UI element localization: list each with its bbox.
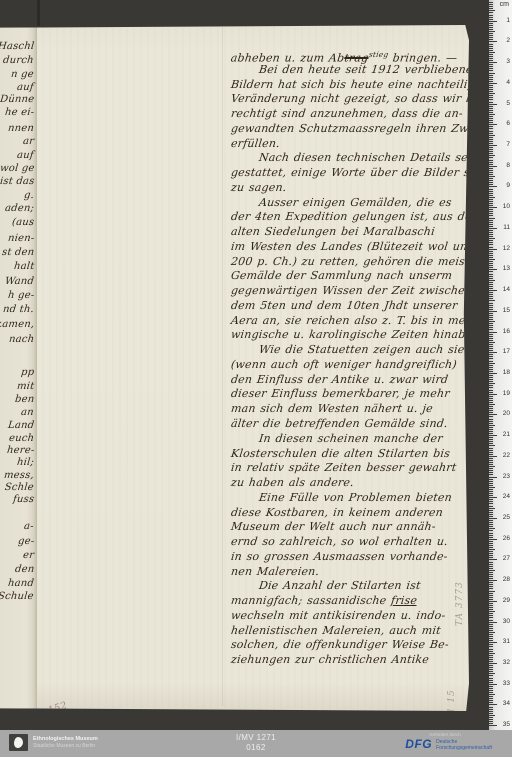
ruler-number: 28 xyxy=(503,576,510,584)
ruler-tick xyxy=(489,170,493,171)
ruler-tick xyxy=(489,66,493,67)
ruler-tick xyxy=(489,162,493,163)
ruler-tick xyxy=(489,143,493,144)
ruler-tick xyxy=(489,599,493,600)
fragment-line: ge- xyxy=(17,536,34,547)
ruler-tick xyxy=(489,361,493,362)
fragment-line: nnen xyxy=(7,123,34,134)
ruler-tick xyxy=(489,346,493,347)
ruler-tick xyxy=(489,141,493,142)
ruler-tick xyxy=(489,356,493,357)
ruler-tick xyxy=(489,176,495,177)
ruler-tick xyxy=(489,58,493,59)
ruler-tick xyxy=(489,251,493,252)
ruler-tick xyxy=(489,437,493,438)
manuscript-line: alten Siedelungen bei Maralbaschi xyxy=(230,225,435,238)
ruler-tick xyxy=(489,402,493,403)
ruler-tick xyxy=(489,603,493,604)
ruler-tick xyxy=(489,234,493,235)
ruler-tick xyxy=(489,147,493,148)
ruler-tick xyxy=(489,460,493,461)
fragment-line: hil; xyxy=(16,457,34,468)
ruler-tick xyxy=(489,160,493,161)
ruler-tick xyxy=(489,33,493,34)
ruler-tick xyxy=(489,601,497,602)
ruler-tick xyxy=(489,133,493,134)
manuscript-line: Bildern hat sich bis heute eine nachteil… xyxy=(230,78,482,91)
ruler-tick xyxy=(489,667,493,668)
ruler-tick xyxy=(489,454,493,455)
manuscript-line: der 4ten Expedition gelungen ist, aus de… xyxy=(230,210,479,223)
ruler-tick xyxy=(489,309,493,310)
ruler-tick xyxy=(489,286,493,287)
ruler-tick xyxy=(489,344,493,345)
ruler-tick xyxy=(489,157,493,158)
ruler-tick xyxy=(489,464,493,465)
ruler-tick xyxy=(489,325,493,326)
ruler-tick xyxy=(489,319,493,320)
ruler-tick xyxy=(489,106,493,107)
fragment-line: n ge xyxy=(11,69,35,80)
manuscript-line: Gemälde der Sammlung nach unserm xyxy=(230,269,453,282)
ruler-tick xyxy=(489,518,497,519)
ruler-tick xyxy=(489,280,495,281)
ruler-tick xyxy=(489,44,493,45)
pencil-mark-right-upper: TA 3773 xyxy=(455,534,465,626)
ruler-tick xyxy=(489,493,493,494)
manuscript-line: gewandten Schutzmaassregeln ihren Zweck xyxy=(230,122,489,135)
ruler-tick xyxy=(489,533,493,534)
ruler-tick xyxy=(489,390,493,391)
ruler-tick xyxy=(489,75,493,76)
manuscript-line: Bei den heute seit 1912 verbliebenen xyxy=(258,63,481,76)
fragment-line: st den xyxy=(1,247,34,258)
ruler-tick xyxy=(489,419,493,420)
ruler-tick xyxy=(489,572,493,573)
ruler-tick xyxy=(489,644,493,645)
ruler-tick xyxy=(489,232,493,233)
ruler-tick xyxy=(489,238,495,239)
manuscript-line: Veränderung nicht gezeigt, so dass wir b… xyxy=(230,92,485,105)
ruler-tick xyxy=(489,435,497,436)
fragment-line: Haschl xyxy=(0,41,35,52)
ruler-tick xyxy=(489,172,493,173)
fragment-line: Schule xyxy=(0,591,35,602)
ruler-tick xyxy=(489,723,493,724)
ruler-tick xyxy=(489,375,493,376)
ruler-tick xyxy=(489,373,497,374)
ruler-tick xyxy=(489,151,493,152)
ruler-tick xyxy=(489,174,493,175)
ruler-tick xyxy=(489,363,495,364)
ruler-tick xyxy=(489,559,497,560)
ruler-tick xyxy=(489,472,493,473)
ruler-tick xyxy=(489,439,493,440)
ruler-tick xyxy=(489,207,497,208)
ruler-tick xyxy=(489,485,493,486)
fragment-line: hand xyxy=(7,578,34,589)
ruler-tick xyxy=(489,265,493,266)
ruler-tick xyxy=(489,611,495,612)
ruler-tick xyxy=(489,39,493,40)
ruler-tick xyxy=(489,553,493,554)
ruler-tick xyxy=(489,452,493,453)
ruler-tick xyxy=(489,688,493,689)
ruler-tick xyxy=(489,284,493,285)
ruler-tick xyxy=(489,425,495,426)
ruler-tick xyxy=(489,609,493,610)
ruler-number: 14 xyxy=(503,286,510,294)
ruler-number: 24 xyxy=(503,493,510,501)
ruler-tick xyxy=(489,64,493,65)
manuscript-page: Haschldurchn geaufDünnehe ei-nnenaraufwo… xyxy=(0,25,469,711)
manuscript-line: erfüllen. xyxy=(230,137,280,150)
ruler-number: 17 xyxy=(503,348,510,356)
ruler-tick xyxy=(489,124,497,125)
fragment-line: euch xyxy=(8,433,34,444)
ruler-tick xyxy=(489,329,493,330)
dfg-logo: DFG xyxy=(405,738,432,751)
manuscript-line: (wenn auch oft weniger handgreiflich) xyxy=(230,358,457,371)
ruler-tick xyxy=(489,545,493,546)
ruler-tick xyxy=(489,630,493,631)
ruler-tick xyxy=(489,491,493,492)
ruler-tick xyxy=(489,29,493,30)
ruler-tick xyxy=(489,462,493,463)
ruler-number: 19 xyxy=(503,390,510,398)
ruler-tick xyxy=(489,620,493,621)
ruler-tick xyxy=(489,4,493,5)
fragment-line: nd th. xyxy=(3,304,35,315)
manuscript-line: solchen, die offenkundiger Weise Be- xyxy=(230,638,449,651)
ruler-tick xyxy=(489,218,495,219)
fragment-line: den xyxy=(14,564,35,575)
ruler-tick xyxy=(489,19,493,20)
ruler-tick xyxy=(489,180,493,181)
fragment-line: ben xyxy=(14,394,35,405)
ruler-tick xyxy=(489,707,493,708)
ruler-tick xyxy=(489,73,495,74)
ruler-tick xyxy=(489,638,493,639)
ruler-tick xyxy=(489,586,493,587)
ruler-tick xyxy=(489,137,493,138)
ruler-tick xyxy=(489,655,493,656)
ruler-tick xyxy=(489,429,493,430)
ruler-tick xyxy=(489,126,493,127)
ruler-tick xyxy=(489,120,493,121)
fragment-line: durch xyxy=(3,55,35,66)
ruler-tick xyxy=(489,528,495,529)
ruler-tick xyxy=(489,209,493,210)
ruler-tick xyxy=(489,278,493,279)
ruler-tick xyxy=(489,371,493,372)
ruler-tick xyxy=(489,41,497,42)
manuscript-line: wingische u. karolingische Zeiten hinab. xyxy=(230,328,470,341)
fragment-line: Dünne xyxy=(0,94,35,105)
ruler-tick xyxy=(489,118,493,119)
manuscript-line: Klosterschulen die alten Stilarten bis xyxy=(230,447,451,460)
ruler-tick xyxy=(489,709,493,710)
ruler-tick xyxy=(489,671,493,672)
ruler-number: 20 xyxy=(503,410,510,418)
ruler-tick xyxy=(489,713,493,714)
manuscript-line: wechseln mit antikisirenden u. indo- xyxy=(230,609,446,622)
ruler-tick xyxy=(489,694,495,695)
ruler-tick xyxy=(489,624,493,625)
ruler-tick xyxy=(489,201,493,202)
ruler-tick xyxy=(489,539,497,540)
ruler-tick xyxy=(489,114,495,115)
fragment-line: auf xyxy=(17,150,35,161)
fragment-line: pp xyxy=(20,367,34,378)
ruler-tick xyxy=(489,562,493,563)
ruler-tick xyxy=(489,23,493,24)
ruler-tick xyxy=(489,483,493,484)
ruler-tick xyxy=(489,522,493,523)
ruler-tick xyxy=(489,383,495,384)
ruler-tick xyxy=(489,313,493,314)
ruler-tick xyxy=(489,220,493,221)
manuscript-line: 200 p. Ch.) zu retten, gehören die meist… xyxy=(230,255,484,268)
ruler-number: 3 xyxy=(506,58,510,66)
ruler-tick xyxy=(489,499,493,500)
ruler-tick xyxy=(489,197,495,198)
ruler-tick xyxy=(489,508,495,509)
manuscript-line: Aera an, sie reichen also z. T. bis in m… xyxy=(230,314,482,327)
ruler-tick xyxy=(489,292,493,293)
ruler-tick xyxy=(489,721,493,722)
ruler-tick xyxy=(489,564,493,565)
ruler-tick xyxy=(489,334,493,335)
ruler-tick xyxy=(489,477,497,478)
dfg-full-name: Deutsche Forschungsgemeinschaft xyxy=(436,739,492,751)
ruler-tick xyxy=(489,566,493,567)
fragment-line: nach xyxy=(8,334,34,345)
ruler-number: 18 xyxy=(503,369,510,377)
ruler-tick xyxy=(489,327,493,328)
ruler-number: 1 xyxy=(506,17,510,25)
ruler-tick xyxy=(489,184,493,185)
ruler-tick xyxy=(489,15,493,16)
fragment-line: gl. Schle xyxy=(0,482,35,493)
ruler-tick xyxy=(489,456,497,457)
ruler-tick xyxy=(489,659,493,660)
ruler-tick xyxy=(489,626,493,627)
ruler-tick xyxy=(489,155,495,156)
manuscript-text: abheben u. zum Abtragstieg bringen. —Bei… xyxy=(231,25,469,711)
ruler-tick xyxy=(489,653,495,654)
ruler-tick xyxy=(489,249,497,250)
fragment-line: er xyxy=(22,550,34,561)
ruler-tick xyxy=(489,81,493,82)
ruler-tick xyxy=(489,692,493,693)
ruler-tick xyxy=(489,547,493,548)
ruler-number: 31 xyxy=(503,638,510,646)
ruler-number: 10 xyxy=(503,203,510,211)
ruler-tick xyxy=(489,669,493,670)
ruler-tick xyxy=(489,10,495,11)
ruler-tick xyxy=(489,704,497,705)
ruler-number: 11 xyxy=(503,224,510,232)
fragment-line: mess, xyxy=(4,470,35,481)
ruler-tick xyxy=(489,441,493,442)
ruler-tick xyxy=(489,381,493,382)
ruler-tick xyxy=(489,46,493,47)
ruler-tick xyxy=(489,50,493,51)
fragment-line: (aus xyxy=(11,217,34,228)
ruler-tick xyxy=(489,394,497,395)
ruler-number: 29 xyxy=(503,597,510,605)
left-page-fragments: Haschldurchn geaufDünnehe ei-nnenaraufwo… xyxy=(0,25,37,711)
ruler-tick xyxy=(489,358,493,359)
ruler-tick xyxy=(489,145,497,146)
ruler-tick xyxy=(489,91,493,92)
ruler-tick xyxy=(489,70,493,71)
ruler-number: 8 xyxy=(506,162,510,170)
ruler-tick xyxy=(489,95,493,96)
ruler-tick xyxy=(489,6,493,7)
manuscript-line: Nach diesen technischen Details sei es xyxy=(258,151,490,164)
ruler-tick xyxy=(489,450,493,451)
ruler-tick xyxy=(489,153,493,154)
manuscript-line: den Einfluss der Antike u. zwar wird xyxy=(230,373,449,386)
ruler-tick xyxy=(489,166,497,167)
ruler-tick xyxy=(489,323,493,324)
ruler-number: 5 xyxy=(506,100,510,108)
ruler-tick xyxy=(489,116,493,117)
ruler-tick xyxy=(489,271,493,272)
ruler-number: 27 xyxy=(503,555,510,563)
ruler-tick xyxy=(489,263,493,264)
ruler-tick xyxy=(489,443,493,444)
ruler-tick xyxy=(489,661,493,662)
ruler-tick xyxy=(489,414,497,415)
ruler-tick xyxy=(489,215,493,216)
fragment-line: ar xyxy=(22,136,34,147)
fragment-line: kamen, xyxy=(0,319,35,330)
ruler-tick xyxy=(489,632,495,633)
ruler-tick xyxy=(489,634,493,635)
ruler-tick xyxy=(489,580,497,581)
ruler-tick xyxy=(489,576,493,577)
fragment-line: halt xyxy=(13,261,35,272)
ruler-tick xyxy=(489,445,495,446)
ruler-tick xyxy=(489,582,493,583)
ruler-tick xyxy=(489,224,493,225)
ruler-tick xyxy=(489,690,493,691)
manuscript-line: im Westen des Landes (Blütezeit wol um xyxy=(230,240,471,253)
ruler-tick xyxy=(489,267,493,268)
ruler-tick xyxy=(489,516,493,517)
ruler-tick xyxy=(489,698,493,699)
fragment-line: mit xyxy=(16,381,34,392)
fragment-line: an xyxy=(21,407,35,418)
ruler-tick xyxy=(489,211,493,212)
manuscript-line: hellenistischen Malereien, auch mit xyxy=(230,624,441,637)
ruler-tick xyxy=(489,228,497,229)
ruler-tick xyxy=(489,60,493,61)
ruler-tick xyxy=(489,408,493,409)
ruler-tick xyxy=(489,296,493,297)
ruler-tick xyxy=(489,615,493,616)
manuscript-line: Eine Fülle von Problemen bieten xyxy=(258,491,453,504)
ruler-tick xyxy=(489,636,493,637)
ruler-tick xyxy=(489,365,493,366)
ruler-tick xyxy=(489,108,493,109)
ruler-tick xyxy=(489,276,493,277)
ruler-tick xyxy=(489,2,493,3)
ruler-number: 2 xyxy=(506,37,510,45)
ruler-tick xyxy=(489,578,493,579)
ruler-tick xyxy=(489,97,493,98)
ruler-tick xyxy=(489,259,495,260)
ruler-tick xyxy=(489,340,493,341)
fragment-line: fuss xyxy=(12,494,34,505)
ruler-tick xyxy=(489,332,497,333)
fragment-line: he ei- xyxy=(4,107,34,118)
ruler-number: 34 xyxy=(503,700,510,708)
ruler-tick xyxy=(489,102,493,103)
ruler-tick xyxy=(489,423,493,424)
ruler-tick xyxy=(489,367,493,368)
ruler-tick xyxy=(489,678,493,679)
fragment-line: auf xyxy=(17,82,35,93)
ruler-tick xyxy=(489,421,493,422)
ruler-tick xyxy=(489,85,493,86)
ruler-tick xyxy=(489,468,493,469)
fragment-line: aden; xyxy=(4,203,34,214)
ruler-tick xyxy=(489,37,493,38)
ruler-tick xyxy=(489,715,495,716)
ruler-tick xyxy=(489,56,493,57)
ruler-tick xyxy=(489,191,493,192)
ruler-tick xyxy=(489,640,493,641)
ruler-tick xyxy=(489,526,493,527)
footer-bar: Ethnologisches Museum Staatliche Museen … xyxy=(0,730,512,757)
ruler-tick xyxy=(489,568,493,569)
ruler-tick xyxy=(489,294,493,295)
ruler-tick xyxy=(489,52,495,53)
ruler-tick xyxy=(489,524,493,525)
ruler-tick xyxy=(489,696,493,697)
ruler-tick xyxy=(489,189,493,190)
ruler-tick xyxy=(489,514,493,515)
manuscript-line: man sich dem Westen nähert u. je xyxy=(230,402,433,415)
ruler-tick xyxy=(489,193,493,194)
ruler-tick xyxy=(489,622,497,623)
manuscript-line: rechtigt sind anzunehmen, dass die an- xyxy=(230,107,463,120)
fragment-line: Land xyxy=(7,420,34,431)
ruler-tick xyxy=(489,321,495,322)
ruler-scale: cm 1234567891011121314151617181920212223… xyxy=(489,0,512,730)
ruler-tick xyxy=(489,62,497,63)
ruler-tick xyxy=(489,253,493,254)
ruler-number: 13 xyxy=(503,265,510,273)
ruler-number: 12 xyxy=(503,245,510,253)
ruler-tick xyxy=(489,557,493,558)
ruler-tick xyxy=(489,68,493,69)
ruler-tick xyxy=(489,448,493,449)
ruler-tick xyxy=(489,680,493,681)
ruler-tick xyxy=(489,350,493,351)
manuscript-line: nen Malereien. xyxy=(230,565,320,578)
ruler-tick xyxy=(489,17,493,18)
ruler-tick xyxy=(489,222,493,223)
ruler-tick xyxy=(489,412,493,413)
ruler-number: 21 xyxy=(503,431,510,439)
ruler-tick xyxy=(489,348,493,349)
ruler-tick xyxy=(489,700,493,701)
